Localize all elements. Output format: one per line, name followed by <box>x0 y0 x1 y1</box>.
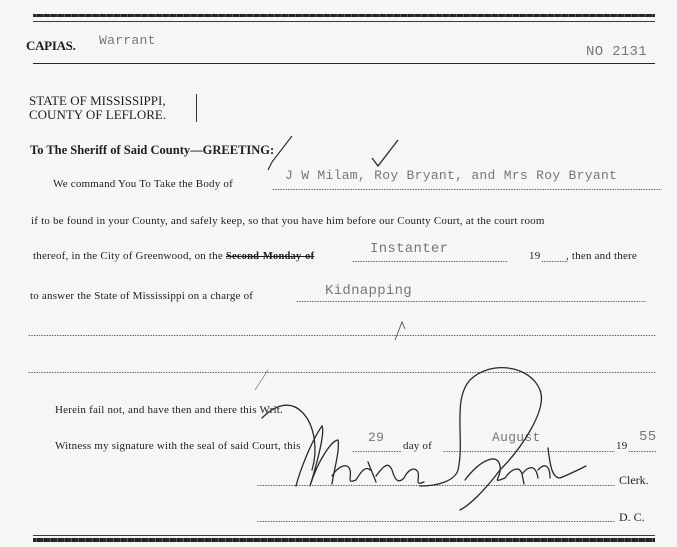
warrant-document: CAPIAS. Warrant NO 2131 STATE OF MISSISS… <box>0 0 677 547</box>
clerk-signature-martha-lamb <box>0 0 677 547</box>
